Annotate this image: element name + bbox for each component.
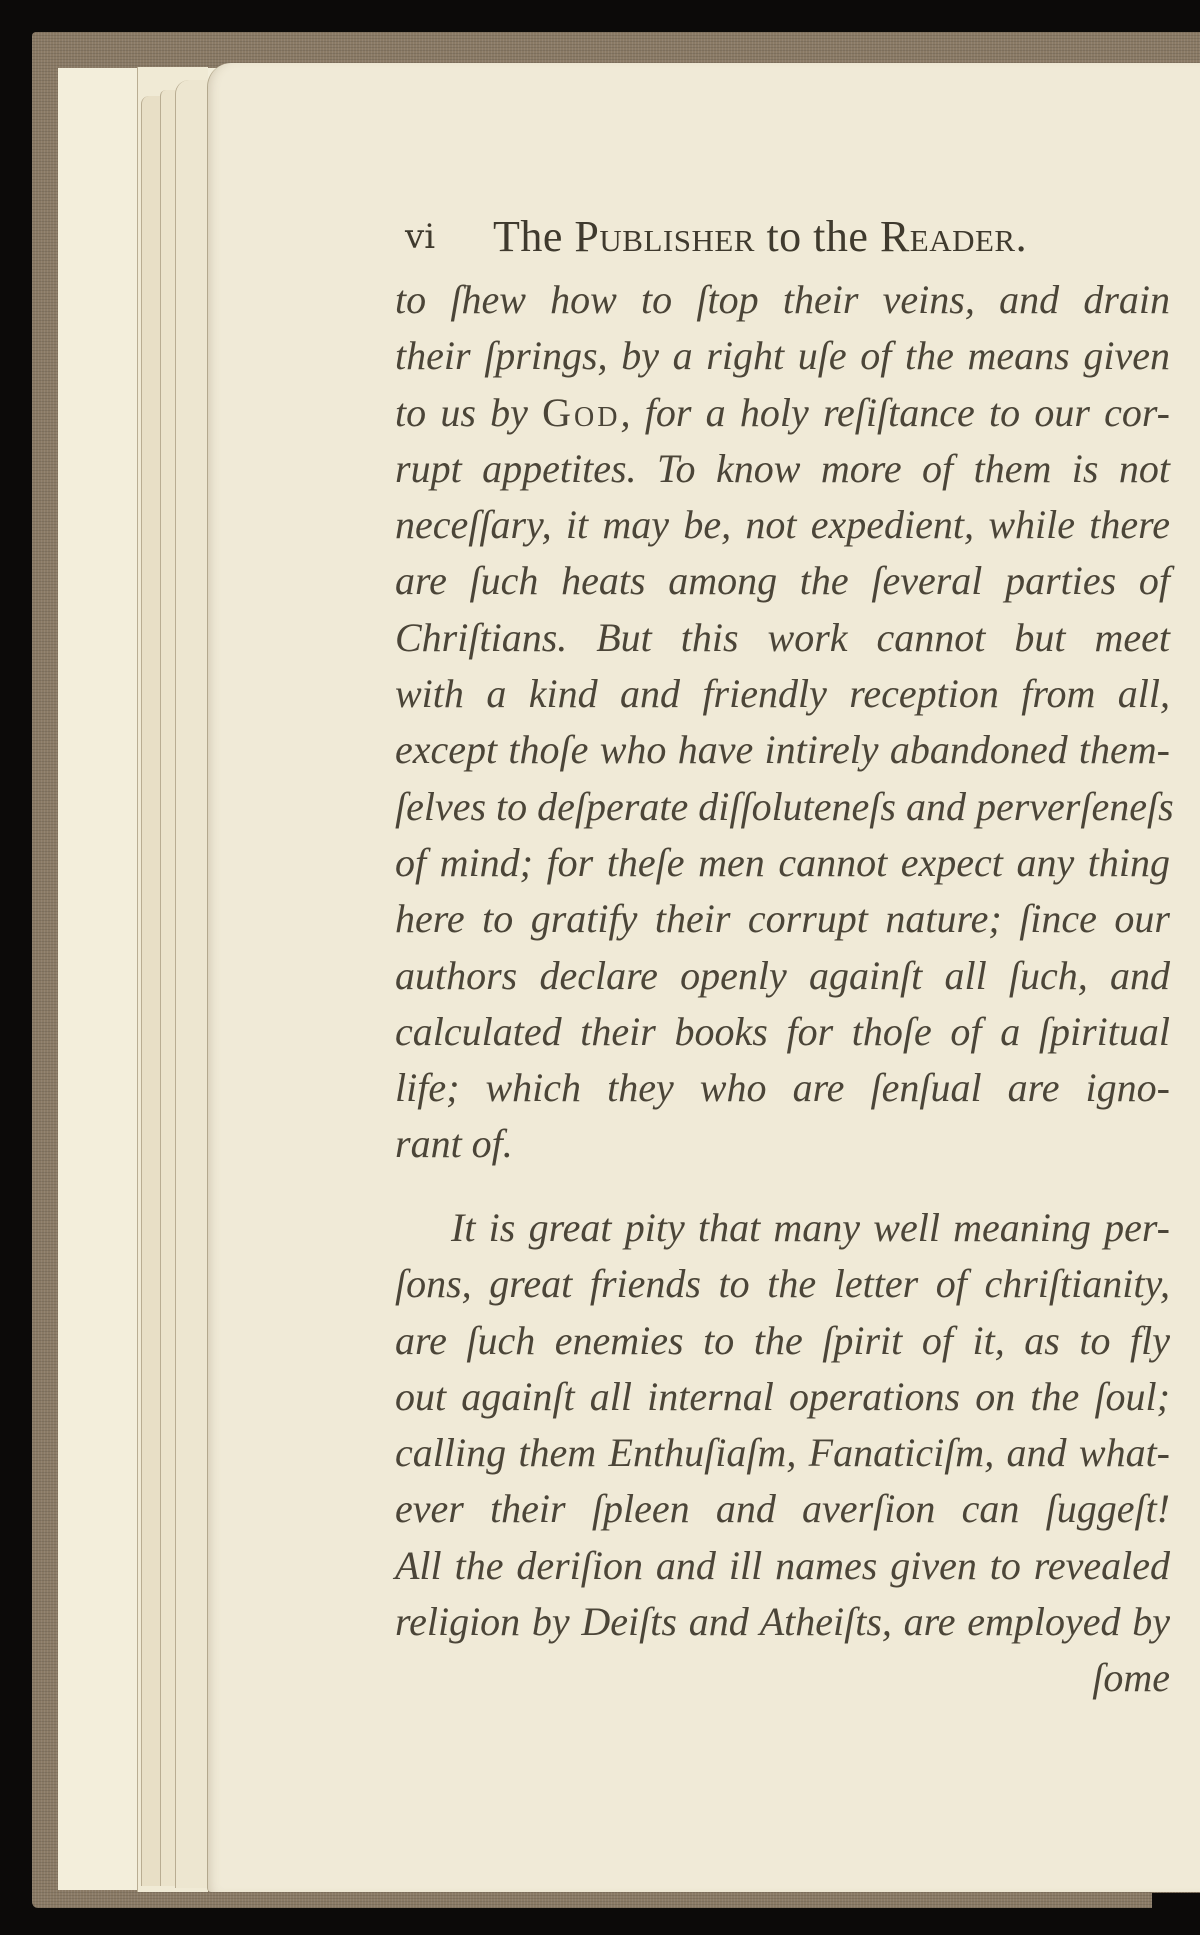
text-line: ever their ſpleen and averſion can ſugge…	[395, 1481, 1170, 1537]
text-line: ſelves to deſperate diſſoluteneſs and pe…	[395, 779, 1170, 835]
text-line: ſons, great friends to the letter of chr…	[395, 1256, 1170, 1312]
background-corner	[1152, 1893, 1200, 1935]
page-stack-edge	[175, 80, 211, 1888]
text-line: calculated their books for thoſe of a ſp…	[395, 1004, 1170, 1060]
running-head-prefix: The	[493, 212, 574, 261]
text-line: rupt appetites. To know more of them is …	[395, 441, 1170, 497]
text-fragment: , for a holy reſiſtance to our cor-	[620, 390, 1170, 435]
text-line: with a kind and friendly reception from …	[395, 666, 1170, 722]
text-line: are ſuch heats among the ſeveral parties…	[395, 553, 1170, 609]
text-line: here to gratify their corrupt nature; ſi…	[395, 891, 1170, 947]
text-line: religion by Deiſts and Atheiſts, are emp…	[395, 1594, 1170, 1650]
running-header: vi The Publisher to the Reader.	[405, 212, 1165, 262]
catchword: ſome	[395, 1650, 1170, 1706]
running-head-publisher: Publisher	[574, 212, 755, 261]
text-line: life; which they who are ſenſual are ign…	[395, 1060, 1170, 1116]
text-line: except thoſe who have intirely abandoned…	[395, 722, 1170, 778]
text-line: to ſhew how to ſtop their veins, and dra…	[395, 272, 1170, 328]
running-head-suffix: .	[1016, 212, 1028, 261]
text-line: Chriſtians. But this work cannot but mee…	[395, 610, 1170, 666]
text-line: authors declare openly againſt all ſuch,…	[395, 948, 1170, 1004]
running-head-reader: Reader	[880, 212, 1016, 261]
text-fragment: to us by	[395, 390, 542, 435]
paragraph-1: to ſhew how to ſtop their veins, and dra…	[395, 272, 1170, 1173]
text-god-small-caps: God	[542, 390, 620, 435]
text-line: It is great pity that many well meaning …	[395, 1200, 1170, 1256]
text-line: calling them Enthuſiaſm, Fanaticiſm, and…	[395, 1425, 1170, 1481]
running-head-middle: to the	[755, 212, 880, 261]
text-line: neceſſary, it may be, not expedient, whi…	[395, 497, 1170, 553]
text-line: out againſt all internal operations on t…	[395, 1369, 1170, 1425]
text-line: rant of.	[395, 1116, 1170, 1172]
text-line: All the deriſion and ill names given to …	[395, 1538, 1170, 1594]
running-head-title: The Publisher to the Reader.	[493, 212, 1027, 262]
text-line: their ſprings, by a right uſe of the mea…	[395, 328, 1170, 384]
page-number: vi	[405, 212, 435, 262]
text-line: are ſuch enemies to the ſpirit of it, as…	[395, 1313, 1170, 1369]
text-line: to us by God, for a holy reſiſtance to o…	[395, 385, 1170, 441]
text-line: of mind; for theſe men cannot expect any…	[395, 835, 1170, 891]
paragraph-2: It is great pity that many well meaning …	[395, 1200, 1170, 1707]
